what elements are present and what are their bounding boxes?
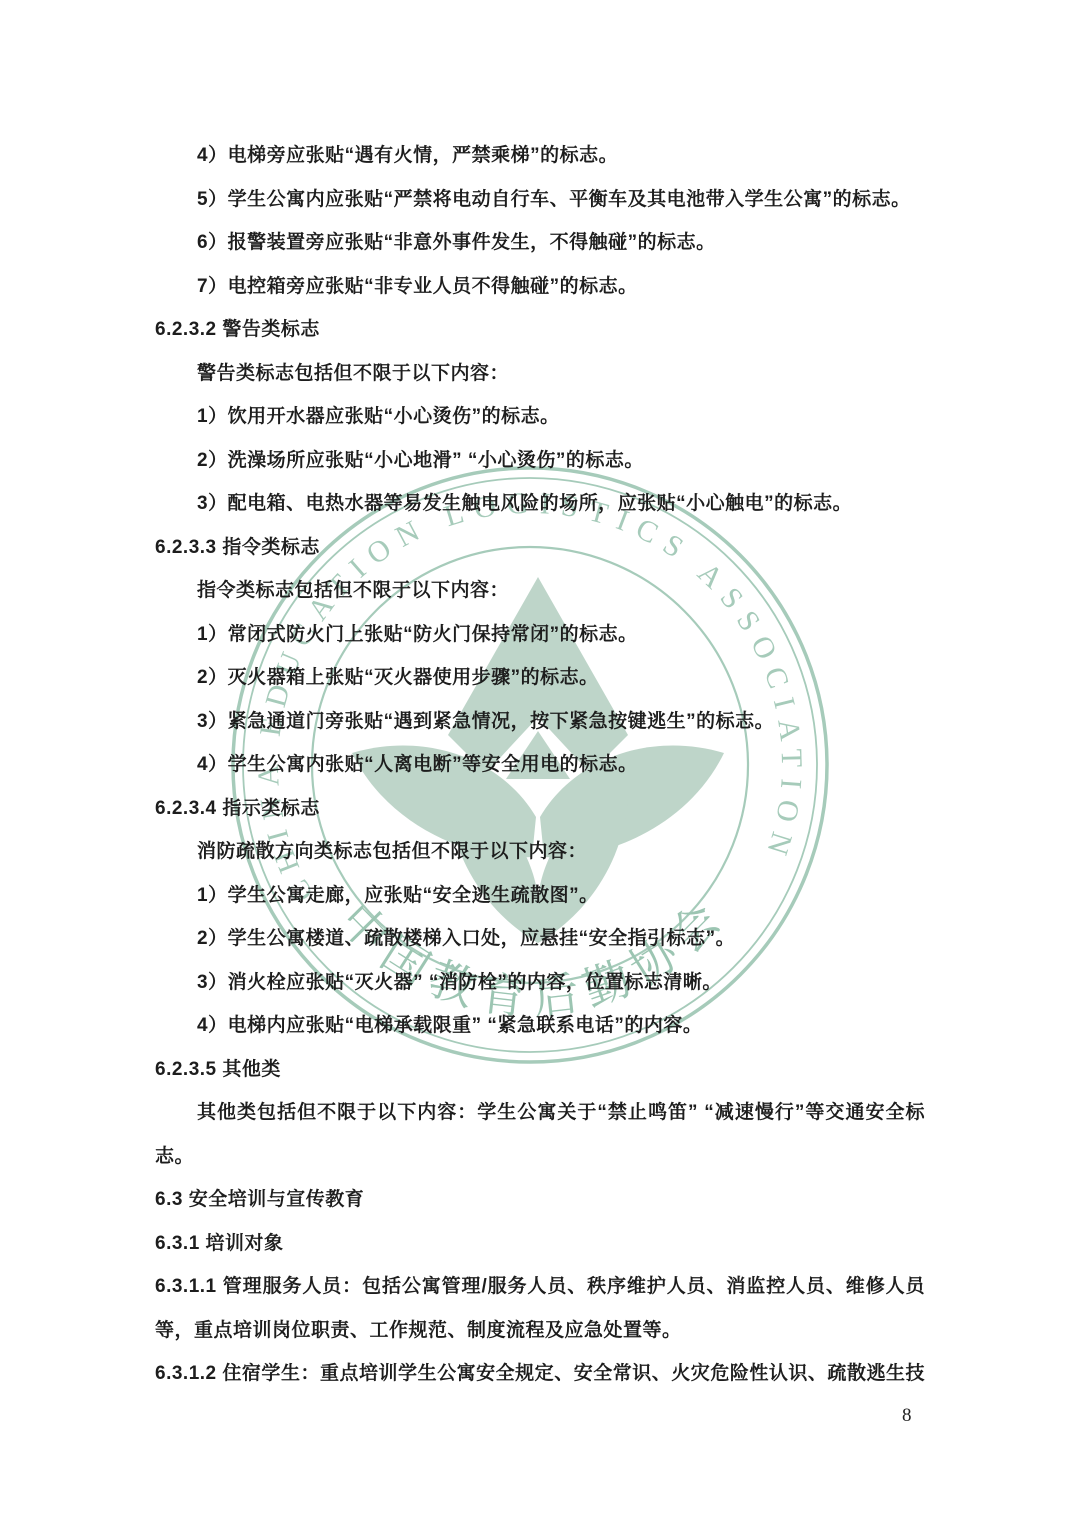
list-item: 3）紧急通道门旁张贴“遇到紧急情况，按下紧急按键逃生”的标志。 [155, 700, 925, 744]
paragraph-line: 等，重点培训岗位职责、工作规范、制度流程及应急处置等。 [155, 1309, 925, 1353]
list-item: 3）配电箱、电热水器等易发生触电风险的场所，应张贴“小心触电”的标志。 [155, 482, 925, 526]
document-body: 4）电梯旁应张贴“遇有火情，严禁乘梯”的标志。 5）学生公寓内应张贴“严禁将电动… [155, 134, 925, 1396]
list-item: 3）消火栓应张贴“灭火器” “消防栓”的内容，位置标志清晰。 [155, 961, 925, 1005]
paragraph-line: 6.3.1.1 管理服务人员：包括公寓管理/服务人员、秩序维护人员、消监控人员、… [155, 1265, 925, 1309]
list-item: 2）学生公寓楼道、疏散楼梯入口处，应悬挂“安全指引标志”。 [155, 917, 925, 961]
list-item: 1）常闭式防火门上张贴“防火门保持常闭”的标志。 [155, 613, 925, 657]
section-heading: 6.3 安全培训与宣传教育 [155, 1178, 925, 1222]
section-heading: 6.2.3.4 指示类标志 [155, 787, 925, 831]
list-item: 1）学生公寓走廊，应张贴“安全逃生疏散图”。 [155, 874, 925, 918]
list-item: 4）电梯旁应张贴“遇有火情，严禁乘梯”的标志。 [155, 134, 925, 178]
section-heading: 6.3.1 培训对象 [155, 1222, 925, 1266]
section-heading: 6.2.3.5 其他类 [155, 1048, 925, 1092]
page-number: 8 [902, 1405, 912, 1427]
paragraph-lead: 消防疏散方向类标志包括但不限于以下内容： [155, 830, 925, 874]
list-item: 1）饮用开水器应张贴“小心烫伤”的标志。 [155, 395, 925, 439]
paragraph-line: 其他类包括但不限于以下内容：学生公寓关于“禁止鸣笛” “减速慢行”等交通安全标 [155, 1091, 925, 1135]
document-page: CHINA EDUCATION LOGISTICS ASSOCIATION 中国… [0, 0, 1080, 1527]
section-heading: 6.2.3.3 指令类标志 [155, 526, 925, 570]
paragraph-lead: 警告类标志包括但不限于以下内容： [155, 352, 925, 396]
list-item: 2）灭火器箱上张贴“灭火器使用步骤”的标志。 [155, 656, 925, 700]
list-item: 4）学生公寓内张贴“人离电断”等安全用电的标志。 [155, 743, 925, 787]
list-item: 5）学生公寓内应张贴“严禁将电动自行车、平衡车及其电池带入学生公寓”的标志。 [155, 178, 925, 222]
paragraph-line: 志。 [155, 1135, 925, 1179]
list-item: 6）报警装置旁应张贴“非意外事件发生，不得触碰”的标志。 [155, 221, 925, 265]
list-item: 7）电控箱旁应张贴“非专业人员不得触碰”的标志。 [155, 265, 925, 309]
paragraph-lead: 指令类标志包括但不限于以下内容： [155, 569, 925, 613]
list-item: 4）电梯内应张贴“电梯承载限重” “紧急联系电话”的内容。 [155, 1004, 925, 1048]
paragraph-line: 6.3.1.2 住宿学生：重点培训学生公寓安全规定、安全常识、火灾危险性认识、疏… [155, 1352, 925, 1396]
list-item: 2）洗澡场所应张贴“小心地滑” “小心烫伤”的标志。 [155, 439, 925, 483]
section-heading: 6.2.3.2 警告类标志 [155, 308, 925, 352]
